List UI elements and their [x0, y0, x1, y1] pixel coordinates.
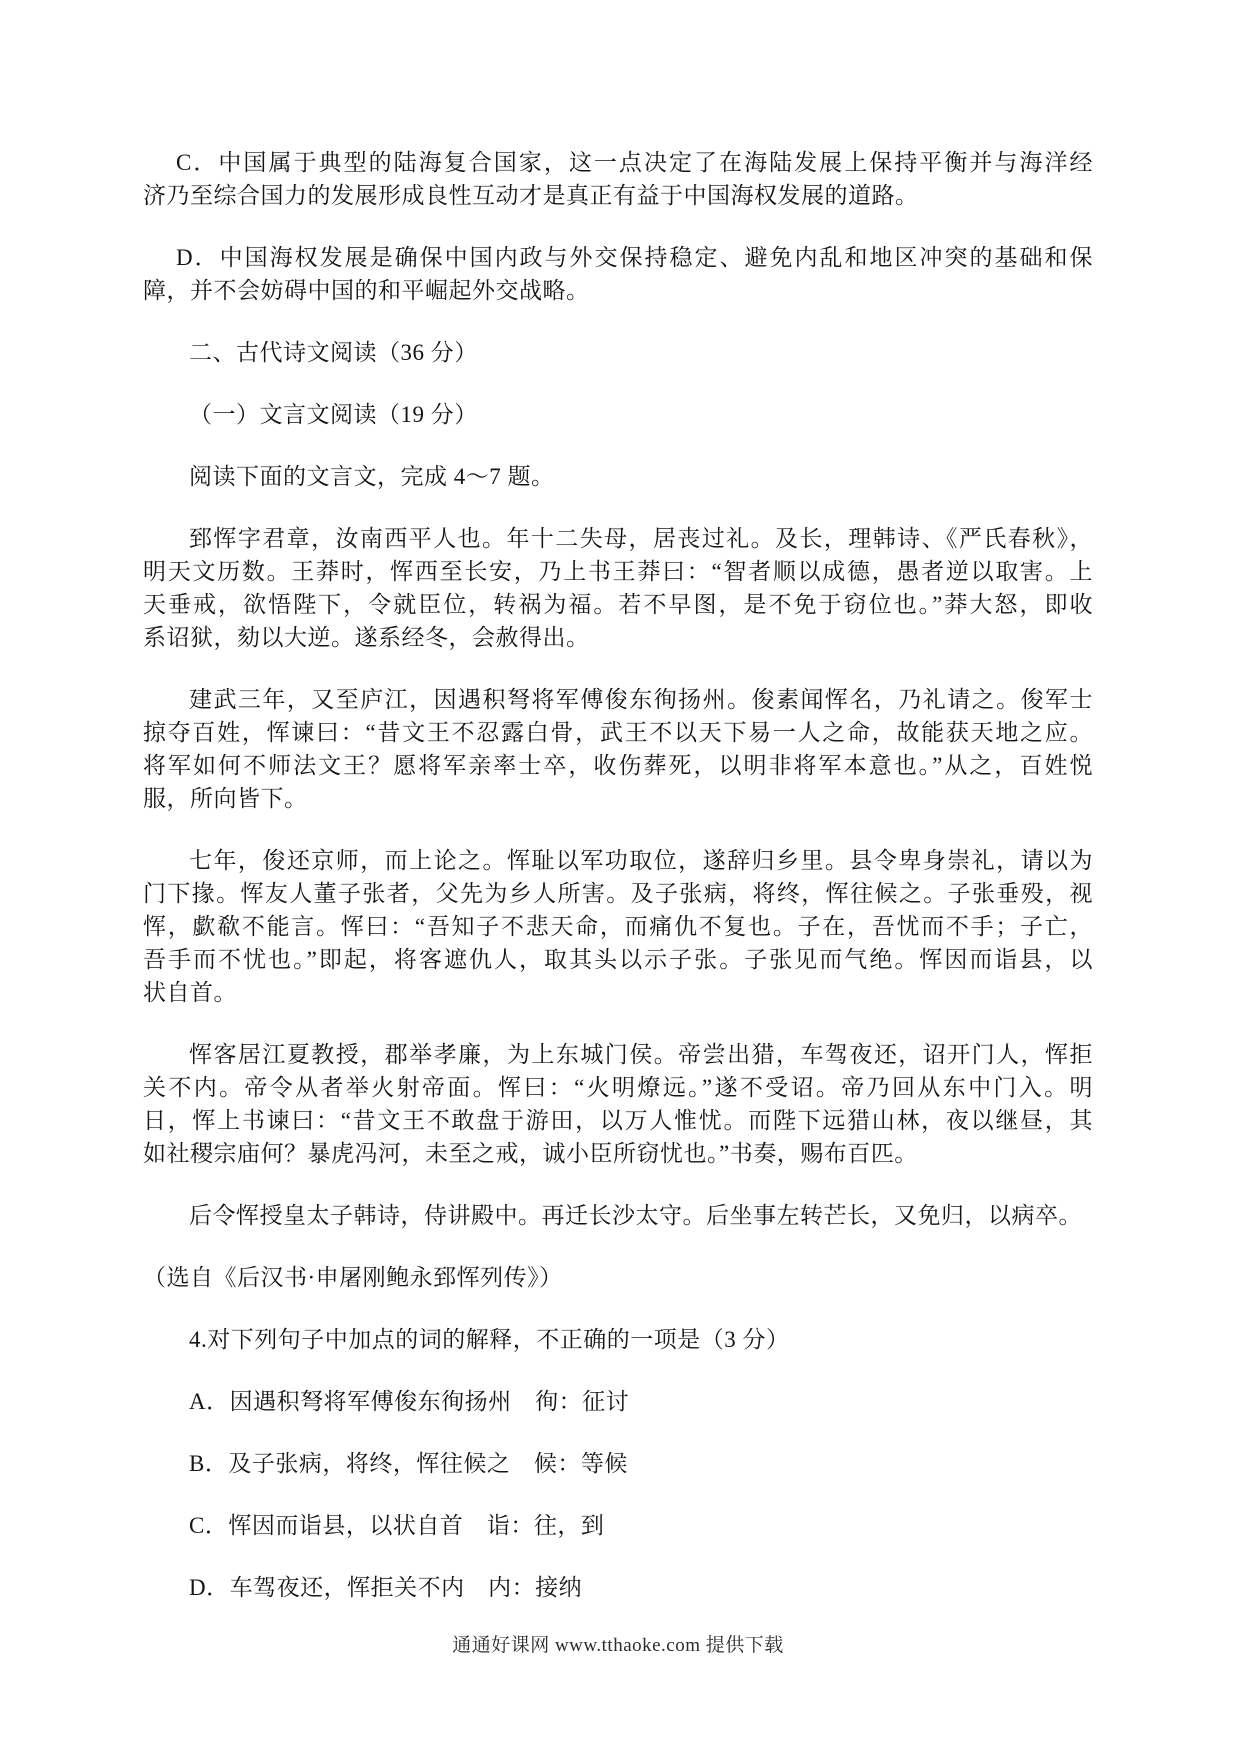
passage-line: 日，恽上书谏曰：“昔文王不敢盘于游田，以万人惟忧。而陛下远猎山林，夜以继昼，其 — [143, 1104, 1093, 1137]
question-4-option-b: B．及子张病，将终，恽往候之 候：等候 — [143, 1447, 1093, 1480]
reading-instruction: 阅读下面的文言文，完成 4～7 题。 — [143, 460, 1093, 493]
passage-line: 恽客居江夏教授，郡举孝廉，为上东城门侯。帝尝出猎，车驾夜还，诏开门人，恽拒 — [143, 1038, 1093, 1071]
section-heading-text: 二、古代诗文阅读（36 分） — [143, 336, 1093, 369]
passage-line: 后令恽授皇太子韩诗，侍讲殿中。再迁长沙太守。后坐事左转芒长，又免归，以病卒。 — [143, 1199, 1093, 1232]
exam-document-page: C．中国属于典型的陆海复合国家，这一点决定了在海陆发展上保持平衡并与海洋经 济乃… — [0, 0, 1240, 1754]
reading-instruction-text: 阅读下面的文言文，完成 4～7 题。 — [143, 460, 1093, 493]
passage-paragraph-2: 建武三年，又至庐江，因遇积弩将军傅俊东徇扬州。俊素闻恽名，乃礼请之。俊军士 掠夺… — [143, 683, 1093, 815]
passage-source-text: （选自《后汉书·申屠刚鲍永郅恽列传》） — [143, 1261, 1093, 1294]
passage-line: 建武三年，又至庐江，因遇积弩将军傅俊东徇扬州。俊素闻恽名，乃礼请之。俊军士 — [143, 683, 1093, 716]
subsection-heading-text: （一）文言文阅读（19 分） — [143, 398, 1093, 431]
passage-line: 关不内。帝令从者举火射帝面。恽曰：“火明燎远。”遂不受诏。帝乃回从东中门入。明 — [143, 1071, 1093, 1104]
subsection-heading: （一）文言文阅读（19 分） — [143, 398, 1093, 431]
passage-line: 恽，歔欷不能言。恽曰：“吾知子不悲天命，而痛仇不复也。子在，吾忧而不手；子亡， — [143, 910, 1093, 943]
passage-source: （选自《后汉书·申屠刚鲍永郅恽列传》） — [143, 1261, 1093, 1294]
question-4-option-d: D．车驾夜还，恽拒关不内 内：接纳 — [143, 1571, 1093, 1604]
prev-question-option-d: D．中国海权发展是确保中国内政与外交保持稳定、避免内乱和地区冲突的基础和保 障，… — [143, 241, 1093, 307]
option-d-line: 障，并不会妨碍中国的和平崛起外交战略。 — [143, 274, 1093, 307]
footer-watermark: 通通好课网 www.tthaoke.com 提供下载 — [143, 1633, 1093, 1659]
question-4-option-c-text: C．恽因而诣县，以状自首 诣：往，到 — [143, 1509, 1093, 1542]
passage-paragraph-3: 七年，俊还京师，而上论之。恽耻以军功取位，遂辞归乡里。县令卑身崇礼，请以为 门下… — [143, 844, 1093, 1009]
option-c-line: 济乃至综合国力的发展形成良性互动才是真正有益于中国海权发展的道路。 — [143, 179, 1093, 212]
passage-line: 如社稷宗庙何？暴虎冯河，未至之戒，诚小臣所窃忧也。”书奏，赐布百匹。 — [143, 1137, 1093, 1170]
passage-line: 服，所向皆下。 — [143, 782, 1093, 815]
prev-question-option-c: C．中国属于典型的陆海复合国家，这一点决定了在海陆发展上保持平衡并与海洋经 济乃… — [143, 146, 1093, 212]
question-4-option-a-text: A．因遇积弩将军傅俊东徇扬州 徇：征讨 — [143, 1385, 1093, 1418]
question-4-stem: 4.对下列句子中加点的词的解释，不正确的一项是（3 分） — [143, 1323, 1093, 1356]
passage-line: 状自首。 — [143, 976, 1093, 1009]
passage-paragraph-5: 后令恽授皇太子韩诗，侍讲殿中。再迁长沙太守。后坐事左转芒长，又免归，以病卒。 — [143, 1199, 1093, 1232]
passage-line: 系诏狱，劾以大逆。遂系经冬，会赦得出。 — [143, 621, 1093, 654]
question-4-stem-text: 4.对下列句子中加点的词的解释，不正确的一项是（3 分） — [143, 1323, 1093, 1356]
question-4-option-c: C．恽因而诣县，以状自首 诣：往，到 — [143, 1509, 1093, 1542]
passage-line: 门下掾。恽友人董子张者，父先为乡人所害。及子张病，将终，恽往候之。子张垂殁，视 — [143, 877, 1093, 910]
question-4-option-d-text: D．车驾夜还，恽拒关不内 内：接纳 — [143, 1571, 1093, 1604]
passage-line: 郅恽字君章，汝南西平人也。年十二失母，居丧过礼。及长，理韩诗、《严氏春秋》， — [143, 522, 1093, 555]
passage-line: 吾手而不忧也。”即起，将客遮仇人，取其头以示子张。子张见而气绝。恽因而诣县，以 — [143, 943, 1093, 976]
question-4-option-a: A．因遇积弩将军傅俊东徇扬州 徇：征讨 — [143, 1385, 1093, 1418]
passage-line: 七年，俊还京师，而上论之。恽耻以军功取位，遂辞归乡里。县令卑身崇礼，请以为 — [143, 844, 1093, 877]
section-heading: 二、古代诗文阅读（36 分） — [143, 336, 1093, 369]
passage-line: 掠夺百姓，恽谏曰：“昔文王不忍露白骨，武王不以天下易一人之命，故能获天地之应。 — [143, 716, 1093, 749]
passage-paragraph-1: 郅恽字君章，汝南西平人也。年十二失母，居丧过礼。及长，理韩诗、《严氏春秋》， 明… — [143, 522, 1093, 654]
passage-paragraph-4: 恽客居江夏教授，郡举孝廉，为上东城门侯。帝尝出猎，车驾夜还，诏开门人，恽拒 关不… — [143, 1038, 1093, 1170]
passage-line: 将军如何不师法文王？愿将军亲率士卒，收伤葬死，以明非将军本意也。”从之，百姓悦 — [143, 749, 1093, 782]
passage-line: 天垂戒，欲悟陛下，令就臣位，转祸为福。若不早图，是不免于窃位也。”莽大怒，即收 — [143, 588, 1093, 621]
passage-line: 明天文历数。王莽时，恽西至长安，乃上书王莽曰：“智者顺以成德，愚者逆以取害。上 — [143, 555, 1093, 588]
option-d-line: D．中国海权发展是确保中国内政与外交保持稳定、避免内乱和地区冲突的基础和保 — [143, 241, 1093, 274]
question-4-option-b-text: B．及子张病，将终，恽往候之 候：等候 — [143, 1447, 1093, 1480]
option-c-line: C．中国属于典型的陆海复合国家，这一点决定了在海陆发展上保持平衡并与海洋经 — [143, 146, 1093, 179]
